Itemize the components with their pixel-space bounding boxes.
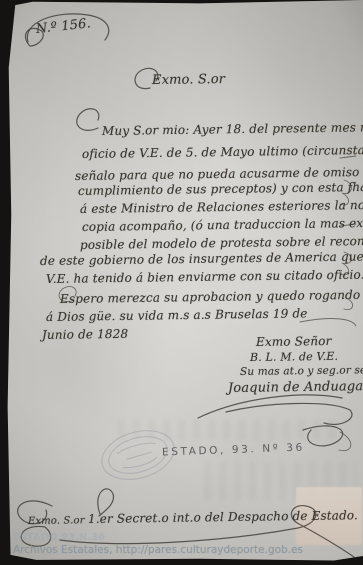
addressee-prefix: Exmo. S.or (28, 515, 85, 527)
watermark-reference: ESTADO,93,N.36 (13, 532, 105, 543)
body-line-12: Junio de 1828 (42, 327, 128, 342)
salutation: Exmo. S.or (152, 72, 225, 88)
manuscript-photo: N.º 156. Exmo. S.or Muy S.or mio: Ayer 1… (0, 0, 363, 565)
closing-line-3: Su mas at.o y seg.or serv.or (240, 364, 363, 378)
signature-name: Joaquin de Anduaga (228, 379, 363, 396)
closing-line-1: Exmo Señor (256, 334, 332, 349)
watermark-credit: Archivos Estatales, http://pares.cultura… (13, 544, 303, 556)
closing-line-2: B. L. M. de V.E. (250, 350, 338, 364)
